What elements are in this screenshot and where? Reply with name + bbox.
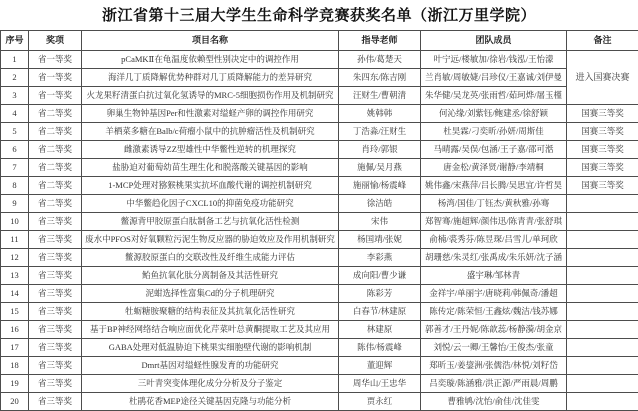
cell-advisor: 陈伟/杨震峰 — [339, 339, 421, 357]
cell-team: 姚伟鑫/宋燕萍/吕长腾/吴思宜/许哲昊 — [421, 177, 567, 195]
cell-remark — [567, 375, 638, 393]
table-row: 13 省三等奖 鲐鱼抗氧化肽分离制备及其活性研究 成向阳/曹少谦 盛宇琳/邹林青 — [1, 267, 638, 285]
cell-team: 胡珊慈/朱灵红/张禹成/朱乐妍/沈子涵 — [421, 249, 567, 267]
table-row: 9 省二等奖 中华鳖趋化因子CXCL10的抑菌免疫功能研究 徐洁皓 杨湾/国佳/… — [1, 195, 638, 213]
cell-team: 何沁缘/刘紫钰/鲍建丞/徐舒颖 — [421, 105, 567, 123]
cell-project: 海洋几丁质降解优势种群对几丁质降解能力的差异研究 — [82, 69, 339, 87]
cell-award: 省二等奖 — [29, 141, 82, 159]
cell-remark — [567, 321, 638, 339]
header-award: 奖项 — [29, 31, 82, 51]
cell-serial: 14 — [1, 285, 29, 303]
cell-advisor: 周华山/王忠华 — [339, 375, 421, 393]
cell-team: 叶宁远/楼敏加/徐岩/钱泓/王怡濛 — [421, 51, 567, 69]
cell-advisor: 徐洁皓 — [339, 195, 421, 213]
cell-advisor: 施佩/吴月燕 — [339, 159, 421, 177]
cell-award: 省三等奖 — [29, 375, 82, 393]
cell-serial: 19 — [1, 375, 29, 393]
cell-award: 省二等奖 — [29, 123, 82, 141]
cell-serial: 7 — [1, 159, 29, 177]
cell-team: 刘悦/云一卿/王馨怡/王俊杰/张童 — [421, 339, 567, 357]
table-row: 18 省三等奖 Dmrt基因对缢蛏性腺发育的功能研究 董迎辉 郑昕玉/姜鋆洲/张… — [1, 357, 638, 375]
cell-award: 省三等奖 — [29, 231, 82, 249]
cell-remark: 国赛三等奖 — [567, 141, 638, 159]
cell-remark — [567, 285, 638, 303]
cell-remark: 国赛三等奖 — [567, 105, 638, 123]
cell-team: 盛宇琳/邹林青 — [421, 267, 567, 285]
cell-project: 盐胁迫对葡萄幼苗生理生化和脱落酸关键基因的影响 — [82, 159, 339, 177]
cell-award: 省一等奖 — [29, 87, 82, 105]
table-row: 8 省二等奖 1-MCP处理对猕猴桃果实抗坏血酸代谢的调控机制研究 施丽愉/杨震… — [1, 177, 638, 195]
cell-advisor: 杨国靖/张妮 — [339, 231, 421, 249]
header-advisor: 指导老师 — [339, 31, 421, 51]
cell-award: 省三等奖 — [29, 393, 82, 411]
cell-advisor: 白春节/林建原 — [339, 303, 421, 321]
cell-award: 省二等奖 — [29, 177, 82, 195]
table-row: 17 省三等奖 GABA处理对低温胁迫下桃果实细胞壁代谢的影响机制 陈伟/杨震峰… — [1, 339, 638, 357]
cell-award: 省二等奖 — [29, 105, 82, 123]
cell-award: 省三等奖 — [29, 321, 82, 339]
cell-advisor: 肖玲/郭银 — [339, 141, 421, 159]
cell-team: 曹雅鸲/沈怡/俞佳/沈佳雯 — [421, 393, 567, 411]
cell-advisor: 宋伟 — [339, 213, 421, 231]
cell-project: 卵巢生物钟基因Per和性激素对缢蛏产卵的调控作用研究 — [82, 105, 339, 123]
cell-team: 俞楠/裘秀芬/陈昱琛/吕雪儿/单珂欣 — [421, 231, 567, 249]
cell-award: 省一等奖 — [29, 51, 82, 69]
cell-project: 牡蛎糖胺聚糖的结构表征及其抗氧化活性研究 — [82, 303, 339, 321]
cell-award: 省三等奖 — [29, 339, 82, 357]
table-row: 1 省一等奖 pCaMKⅡ在龟温度依赖型性别决定中的调控作用 孙伟/葛楚天 叶宁… — [1, 51, 638, 69]
cell-team: 唐金松/黄泽贤/谢静/李靖桐 — [421, 159, 567, 177]
cell-award: 省二等奖 — [29, 159, 82, 177]
cell-award: 省二等奖 — [29, 195, 82, 213]
header-team: 团队成员 — [421, 31, 567, 51]
cell-advisor: 朱四东/陈吉刚 — [339, 69, 421, 87]
cell-remark — [567, 357, 638, 375]
page-title: 浙江省第十三届大学生生命科学竞赛获奖名单（浙江万里学院） — [0, 0, 638, 30]
cell-team: 杜昊霖/刁奕昕/孙妍/周斯佳 — [421, 123, 567, 141]
cell-project: 废水中PFOS对好氧颗粒污泥生物反应器的胁迫效应及作用机制研究 — [82, 231, 339, 249]
cell-award: 省三等奖 — [29, 303, 82, 321]
cell-serial: 15 — [1, 303, 29, 321]
cell-advisor: 林建原 — [339, 321, 421, 339]
cell-remark: 国赛三等奖 — [567, 123, 638, 141]
cell-serial: 13 — [1, 267, 29, 285]
cell-award: 省三等奖 — [29, 285, 82, 303]
table-row: 7 省二等奖 盐胁迫对葡萄幼苗生理生化和脱落酸关键基因的影响 施佩/吴月燕 唐金… — [1, 159, 638, 177]
table-row: 10 省三等奖 鳖源背甲胶原蛋白肽制备工艺与抗氧化活性检测 宋伟 郑智骞/施超辉… — [1, 213, 638, 231]
cell-advisor: 丁浩淼/汪财生 — [339, 123, 421, 141]
cell-serial: 10 — [1, 213, 29, 231]
cell-project: 鲐鱼抗氧化肽分离制备及其活性研究 — [82, 267, 339, 285]
cell-project: 泥蚶选择性富集Cd的分子机理研究 — [82, 285, 339, 303]
cell-project: 雌激素诱导ZZ型雄性中华鳖性逆转的机理探究 — [82, 141, 339, 159]
cell-team: 杨湾/国佳/丁钰杰/黄秋雅/孙骞 — [421, 195, 567, 213]
cell-project: 羊栖菜多糖在Balb/c荷瘤小鼠中的抗肿瘤活性及机制研究 — [82, 123, 339, 141]
cell-serial: 1 — [1, 51, 29, 69]
cell-team: 朱华健/吴龙英/张雨哲/茹珂烨/屠玉槿 — [421, 87, 567, 105]
table-row: 5 省二等奖 羊栖菜多糖在Balb/c荷瘤小鼠中的抗肿瘤活性及机制研究 丁浩淼/… — [1, 123, 638, 141]
cell-project: 中华鳖趋化因子CXCL10的抑菌免疫功能研究 — [82, 195, 339, 213]
cell-remark — [567, 195, 638, 213]
cell-remark: 国赛三等奖 — [567, 159, 638, 177]
cell-team: 兰肖敏/周敏婕/吕珍仪/王嘉诚/刘伊曼 — [421, 69, 567, 87]
cell-remark-national-final: 进入国赛决赛 — [567, 51, 638, 105]
cell-team: 马晴露/吴俣/包涵/王子嘉/邵可湉 — [421, 141, 567, 159]
cell-project: 杜鹃花香MEP途径关键基因克隆与功能分析 — [82, 393, 339, 411]
table-row: 12 省三等奖 鳖源胶原蛋白的交联改性及纤维生成能力评估 李彩燕 胡珊慈/朱灵红… — [1, 249, 638, 267]
cell-serial: 2 — [1, 69, 29, 87]
cell-team: 郑智骞/施超辉/颜伟迅/陈青青/张舒琪 — [421, 213, 567, 231]
cell-team: 郭善才/王丹妮/陈歆蕊/杨静漪/胡金京 — [421, 321, 567, 339]
cell-advisor: 董迎辉 — [339, 357, 421, 375]
cell-team: 金祥宇/单丽宇/唐晓莉/韩佩奇/潘超 — [421, 285, 567, 303]
cell-project: Dmrt基因对缢蛏性腺发育的功能研究 — [82, 357, 339, 375]
cell-team: 郑昕玉/姜鋆洲/张儒浩/林悦/刘籽岱 — [421, 357, 567, 375]
cell-award: 省三等奖 — [29, 357, 82, 375]
cell-project: GABA处理对低温胁迫下桃果实细胞壁代谢的影响机制 — [82, 339, 339, 357]
cell-project: pCaMKⅡ在龟温度依赖型性别决定中的调控作用 — [82, 51, 339, 69]
cell-project: 火龙果籽清蛋白抗过氧化氢诱导的MRC-5细胞损伤作用及机制研究 — [82, 87, 339, 105]
table-row: 20 省三等奖 杜鹃花香MEP途径关键基因克隆与功能分析 贾永红 曹雅鸲/沈怡/… — [1, 393, 638, 411]
cell-remark — [567, 393, 638, 411]
cell-serial: 17 — [1, 339, 29, 357]
cell-advisor: 陈彩芳 — [339, 285, 421, 303]
table-row: 19 省三等奖 三叶青突变体理化成分分析及分子鉴定 周华山/王忠华 吕奕璇/陈涵… — [1, 375, 638, 393]
header-remark: 备注 — [567, 31, 638, 51]
cell-advisor: 施丽愉/杨震峰 — [339, 177, 421, 195]
cell-remark — [567, 267, 638, 285]
cell-award: 省三等奖 — [29, 249, 82, 267]
table-row: 16 省三等奖 基于BP神经网络结合响应面优化芹菜叶总黄酮提取工艺及其应用 林建… — [1, 321, 638, 339]
cell-team: 吕奕璇/陈涵雅/洪正源/严雨晨/周鹏 — [421, 375, 567, 393]
cell-award: 省三等奖 — [29, 213, 82, 231]
cell-serial: 6 — [1, 141, 29, 159]
cell-serial: 18 — [1, 357, 29, 375]
cell-remark — [567, 303, 638, 321]
cell-serial: 11 — [1, 231, 29, 249]
cell-team: 陈传定/陈荣恒/王鑫炫/魏洁/钱苏娜 — [421, 303, 567, 321]
cell-project: 鳖源胶原蛋白的交联改性及纤维生成能力评估 — [82, 249, 339, 267]
cell-advisor: 孙伟/葛楚天 — [339, 51, 421, 69]
cell-project: 1-MCP处理对猕猴桃果实抗坏血酸代谢的调控机制研究 — [82, 177, 339, 195]
cell-serial: 4 — [1, 105, 29, 123]
table-row: 11 省三等奖 废水中PFOS对好氧颗粒污泥生物反应器的胁迫效应及作用机制研究 … — [1, 231, 638, 249]
cell-award: 省一等奖 — [29, 69, 82, 87]
cell-advisor: 李彩燕 — [339, 249, 421, 267]
cell-project: 三叶青突变体理化成分分析及分子鉴定 — [82, 375, 339, 393]
cell-serial: 8 — [1, 177, 29, 195]
cell-remark — [567, 213, 638, 231]
cell-serial: 12 — [1, 249, 29, 267]
header-no: 序号 — [1, 31, 29, 51]
table-row: 6 省二等奖 雌激素诱导ZZ型雄性中华鳖性逆转的机理探究 肖玲/郭银 马晴露/吴… — [1, 141, 638, 159]
cell-remark — [567, 339, 638, 357]
cell-remark: 国赛三等奖 — [567, 177, 638, 195]
cell-serial: 3 — [1, 87, 29, 105]
table-header: 序号 奖项 项目名称 指导老师 团队成员 备注 — [1, 31, 638, 51]
table-row: 15 省三等奖 牡蛎糖胺聚糖的结构表征及其抗氧化活性研究 白春节/林建原 陈传定… — [1, 303, 638, 321]
header-row: 序号 奖项 项目名称 指导老师 团队成员 备注 — [1, 31, 638, 51]
cell-serial: 5 — [1, 123, 29, 141]
cell-award: 省三等奖 — [29, 267, 82, 285]
award-table: 序号 奖项 项目名称 指导老师 团队成员 备注 1 省一等奖 pCaMKⅡ在龟温… — [0, 30, 638, 411]
table-row: 3 省一等奖 火龙果籽清蛋白抗过氧化氢诱导的MRC-5细胞损伤作用及机制研究 汪… — [1, 87, 638, 105]
table-row: 4 省二等奖 卵巢生物钟基因Per和性激素对缢蛏产卵的调控作用研究 姚韩韩 何沁… — [1, 105, 638, 123]
cell-project: 基于BP神经网络结合响应面优化芹菜叶总黄酮提取工艺及其应用 — [82, 321, 339, 339]
cell-remark — [567, 249, 638, 267]
header-project: 项目名称 — [82, 31, 339, 51]
cell-serial: 16 — [1, 321, 29, 339]
cell-advisor: 贾永红 — [339, 393, 421, 411]
table-row: 14 省三等奖 泥蚶选择性富集Cd的分子机理研究 陈彩芳 金祥宇/单丽宇/唐晓莉… — [1, 285, 638, 303]
table-body: 1 省一等奖 pCaMKⅡ在龟温度依赖型性别决定中的调控作用 孙伟/葛楚天 叶宁… — [1, 51, 638, 411]
cell-serial: 9 — [1, 195, 29, 213]
cell-remark — [567, 231, 638, 249]
cell-advisor: 成向阳/曹少谦 — [339, 267, 421, 285]
table-row: 2 省一等奖 海洋几丁质降解优势种群对几丁质降解能力的差异研究 朱四东/陈吉刚 … — [1, 69, 638, 87]
cell-advisor: 姚韩韩 — [339, 105, 421, 123]
cell-project: 鳖源背甲胶原蛋白肽制备工艺与抗氧化活性检测 — [82, 213, 339, 231]
cell-serial: 20 — [1, 393, 29, 411]
cell-advisor: 汪财生/曹朝清 — [339, 87, 421, 105]
